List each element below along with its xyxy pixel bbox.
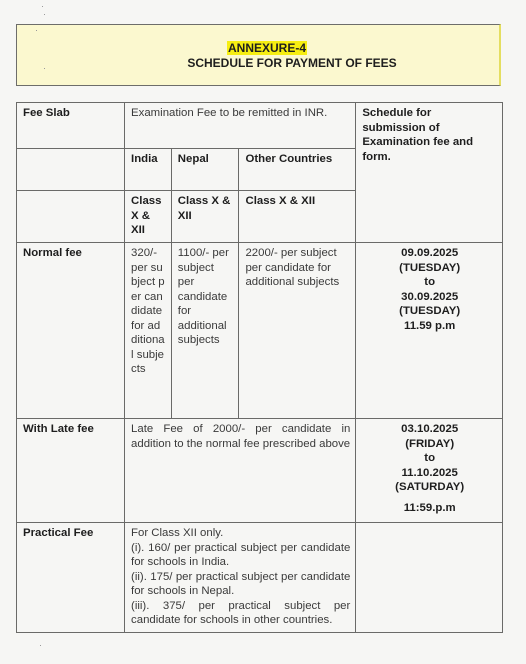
practical-fee-schedule	[356, 523, 503, 633]
page-title: SCHEDULE FOR PAYMENT OF FEES	[17, 56, 499, 70]
normal-fee-schedule: 09.09.2025 (TUESDAY) to 30.09.2025 (TUES…	[356, 243, 503, 419]
scan-speck	[40, 645, 41, 646]
late-fee-schedule: 03.10.2025 (FRIDAY) to 11.10.2025 (SATUR…	[356, 419, 503, 523]
table-header-row: Fee Slab Examination Fee to be remitted …	[17, 103, 503, 149]
late-fee-description: Late Fee of 2000/- per candidate in addi…	[125, 419, 356, 523]
empty-cell	[17, 191, 125, 243]
empty-cell	[17, 149, 125, 191]
fee-slab-header: Fee Slab	[17, 103, 125, 149]
fee-schedule-table: Fee Slab Examination Fee to be remitted …	[16, 102, 503, 633]
slab-late-fee: With Late fee	[17, 419, 125, 523]
table-row: With Late fee Late Fee of 2000/- per can…	[17, 419, 503, 523]
scan-speck	[42, 6, 43, 7]
slab-practical-fee: Practical Fee	[17, 523, 125, 633]
slab-normal-fee: Normal fee	[17, 243, 125, 419]
class-other: Class X & XII	[239, 191, 356, 243]
normal-fee-nepal: 1100/- per subject per candidate for add…	[171, 243, 239, 419]
country-nepal: Nepal	[171, 149, 239, 191]
table-row: Practical Fee For Class XII only. (i). 1…	[17, 523, 503, 633]
scan-speck	[36, 30, 37, 31]
class-nepal: Class X & XII	[171, 191, 239, 243]
country-india: India	[125, 149, 172, 191]
schedule-header: Schedule for submission of Examination f…	[356, 103, 503, 243]
exam-fee-header: Examination Fee to be remitted in INR.	[125, 103, 356, 149]
normal-fee-other: 2200/- per subject per candidate for add…	[239, 243, 356, 419]
practical-fee-description: For Class XII only. (i). 160/ per practi…	[125, 523, 356, 633]
scan-speck	[44, 14, 45, 15]
table-row: Normal fee 320/- per subject per candida…	[17, 243, 503, 419]
normal-fee-india: 320/- per subject per candidate for addi…	[125, 243, 172, 419]
country-other: Other Countries	[239, 149, 356, 191]
class-india: Class X & XII	[125, 191, 172, 243]
annexure-header: ANNEXURE-4 SCHEDULE FOR PAYMENT OF FEES	[16, 24, 501, 86]
annexure-label: ANNEXURE-4	[17, 41, 499, 55]
scan-speck	[44, 68, 45, 69]
